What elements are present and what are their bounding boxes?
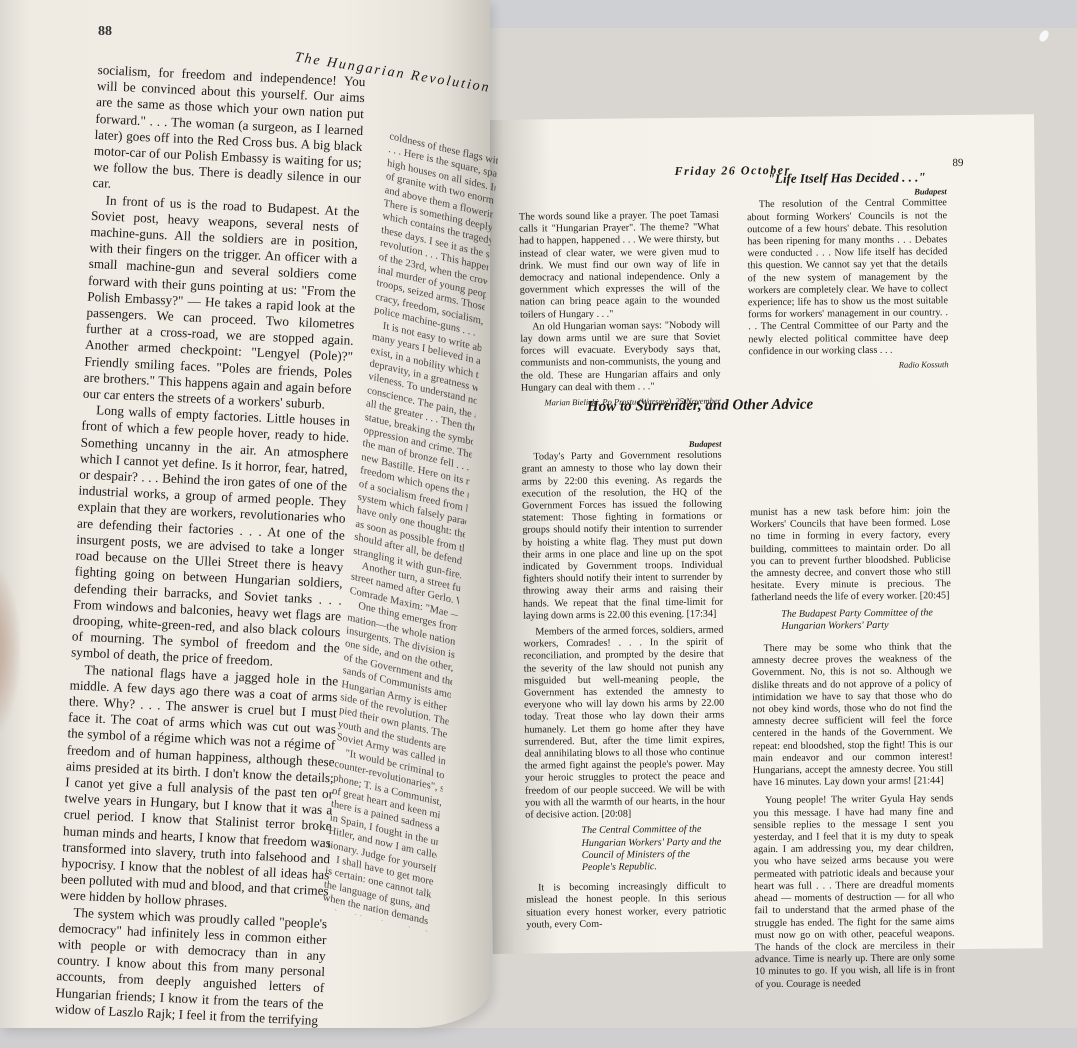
- paragraph: In front of us is the road to Budapest. …: [83, 191, 360, 414]
- left-page: 88 The Hungarian Revolution socialism, f…: [0, 0, 490, 1028]
- paragraph: There may be some who think that the amn…: [751, 641, 953, 790]
- article-title: "Life Itself Has Decided . . .": [747, 171, 947, 185]
- paragraph: It is becoming increasingly difficult to…: [526, 881, 727, 932]
- paragraph: The resolution of the Central Committee …: [747, 198, 949, 359]
- paragraph: An old Hungarian woman says: "Nobody wil…: [520, 319, 721, 394]
- page-number-left: 88: [98, 24, 112, 40]
- column-surrender-right: munist has a new task before him: join t…: [750, 505, 955, 991]
- paragraph: Members of the armed forces, soldiers, a…: [523, 625, 725, 822]
- signature: The Budapest Party Committee of the Hung…: [751, 607, 951, 633]
- column-life-itself: "Life Itself Has Decided . . ." Budapest…: [747, 171, 949, 372]
- page-number-right: 89: [952, 157, 963, 169]
- paragraph: Today's Party and Government resolutions…: [521, 450, 723, 623]
- paragraph: The words sound like a prayer. The poet …: [519, 210, 720, 322]
- thumb: [0, 560, 20, 740]
- column-prayer-excerpt: The words sound like a prayer. The poet …: [519, 210, 721, 409]
- paragraph: Long walls of empty factories. Little ho…: [71, 402, 350, 673]
- signature: The Central Committee of the Hungarian W…: [525, 824, 726, 875]
- right-page: Friday 26 October 89 The words sound lik…: [484, 114, 1043, 954]
- left-main-column: socialism, for freedom and independence!…: [55, 62, 366, 1029]
- column-surrender-left: Budapest Today's Party and Government re…: [521, 438, 726, 932]
- source-attribution: Radio Kossuth: [749, 358, 949, 372]
- paragraph: Young people! The writer Gyula Hay sends…: [753, 794, 955, 991]
- paragraph: The national flags have a jagged hole in…: [60, 661, 339, 916]
- paragraph: The system which was proudly called "peo…: [55, 904, 328, 1029]
- article-title: How to Surrender, and Other Advice: [587, 397, 813, 416]
- paragraph: munist has a new task before him: join t…: [750, 505, 951, 605]
- gutter-line: irritates us; suddenly there is a: [322, 931, 428, 932]
- paragraph: socialism, for freedom and independence!…: [92, 62, 366, 204]
